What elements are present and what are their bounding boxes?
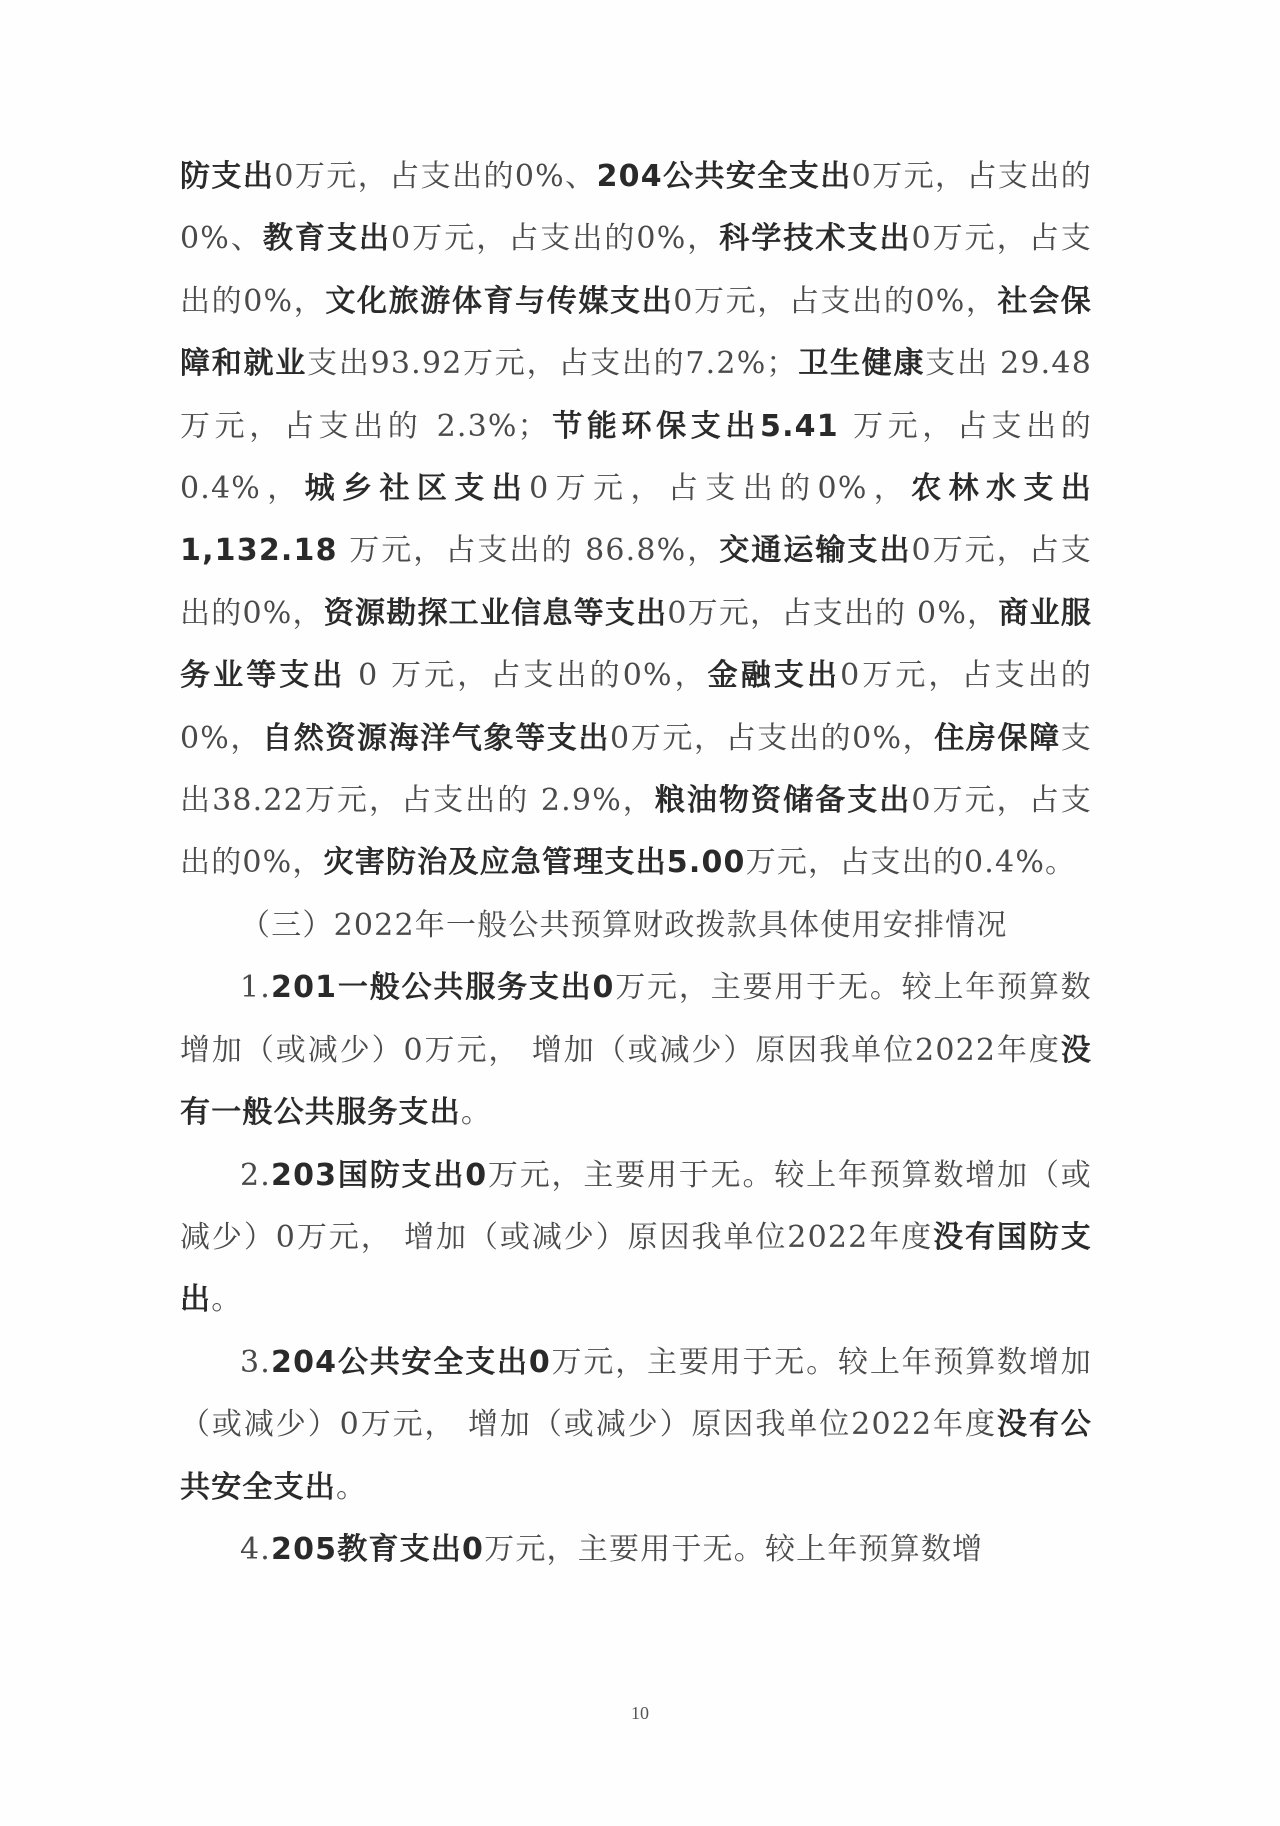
bold-text-segment: 防支出 xyxy=(180,159,274,194)
bold-text-segment: 卫生健康 xyxy=(798,346,926,381)
document-page: 防支出0万元，占支出的0%、204公共安全支出0万元，占支出的0%、教育支出0万… xyxy=(0,0,1280,1826)
bold-text-segment: 金融支出 xyxy=(708,658,840,693)
paragraph-item-1-general-public-services: 1.201一般公共服务支出0万元，主要用于无。较上年预算数增加（或减少）0万元，… xyxy=(180,957,1092,1144)
bold-text-segment: 交通运输支出 xyxy=(719,533,911,568)
text-segment: 0万元，占支出的 0%， xyxy=(667,596,998,631)
paragraph-item-3-public-security: 3.204公共安全支出0万元，主要用于无。较上年预算数增加（或减少）0万元， 增… xyxy=(180,1332,1092,1519)
paragraph-expenditure-breakdown-continued: 防支出0万元，占支出的0%、204公共安全支出0万元，占支出的0%、教育支出0万… xyxy=(180,146,1092,895)
text-segment: 1. xyxy=(240,970,271,1005)
bold-text-segment: 204公共安全支出 xyxy=(597,159,852,194)
text-segment: 0 万元，占支出的0%， xyxy=(345,658,707,693)
text-segment: 0万元，占支出的0%， xyxy=(529,471,911,506)
text-segment: 2. xyxy=(240,1158,271,1193)
text-segment: 万元，占支出的0.4%。 xyxy=(746,845,1077,880)
text-segment: 3. xyxy=(240,1345,271,1380)
text-segment: 0万元，占支出的0%、 xyxy=(274,159,596,194)
bold-text-segment: 204公共安全支出0 xyxy=(271,1345,551,1380)
bold-text-segment: 205教育支出0 xyxy=(271,1532,484,1567)
text-segment: 0万元，占支出的0%， xyxy=(610,721,934,756)
bold-text-segment: 203国防支出0 xyxy=(271,1158,487,1193)
bold-text-segment: 节能环保支出5.41 xyxy=(549,409,839,444)
page-number: 10 xyxy=(0,1703,1280,1724)
text-segment: 支出93.92万元，占支出的7.2%； xyxy=(307,346,798,381)
paragraph-section-heading-3: （三）2022年一般公共预算财政拨款具体使用安排情况 xyxy=(180,895,1092,957)
text-segment: 0万元，占支出的0%， xyxy=(673,284,997,319)
bold-text-segment: 科学技术支出 xyxy=(719,221,911,256)
text-segment: 。 xyxy=(336,1470,367,1505)
text-segment: 万元，占支出的 86.8%， xyxy=(338,533,720,568)
document-body: 防支出0万元，占支出的0%、204公共安全支出0万元，占支出的0%、教育支出0万… xyxy=(180,146,1092,1581)
bold-text-segment: 201一般公共服务支出0 xyxy=(271,970,615,1005)
bold-text-segment: 自然资源海洋气象等支出 xyxy=(262,721,610,756)
text-segment: 万元，主要用于无。较上年预算数增 xyxy=(484,1532,983,1567)
text-segment: （三）2022年一般公共预算财政拨款具体使用安排情况 xyxy=(240,908,1008,943)
paragraph-item-2-national-defense: 2.203国防支出0万元，主要用于无。较上年预算数增加（或减少）0万元， 增加（… xyxy=(180,1145,1092,1332)
bold-text-segment: 资源勘探工业信息等支出 xyxy=(324,596,668,631)
text-segment: 。 xyxy=(461,1095,492,1130)
bold-text-segment: 城乡社区支出 xyxy=(305,471,529,506)
bold-text-segment: 灾害防治及应急管理支出5.00 xyxy=(324,845,746,880)
text-segment: 0万元，占支出的0%， xyxy=(391,221,719,256)
text-segment: 4. xyxy=(240,1532,271,1567)
bold-text-segment: 文化旅游体育与传媒支出 xyxy=(325,284,673,319)
bold-text-segment: 粮油物资储备支出 xyxy=(655,783,912,818)
bold-text-segment: 住房保障 xyxy=(934,721,1061,756)
paragraph-item-4-education: 4.205教育支出0万元，主要用于无。较上年预算数增 xyxy=(180,1519,1092,1581)
bold-text-segment: 教育支出 xyxy=(263,221,391,256)
text-segment: 。 xyxy=(211,1282,242,1317)
